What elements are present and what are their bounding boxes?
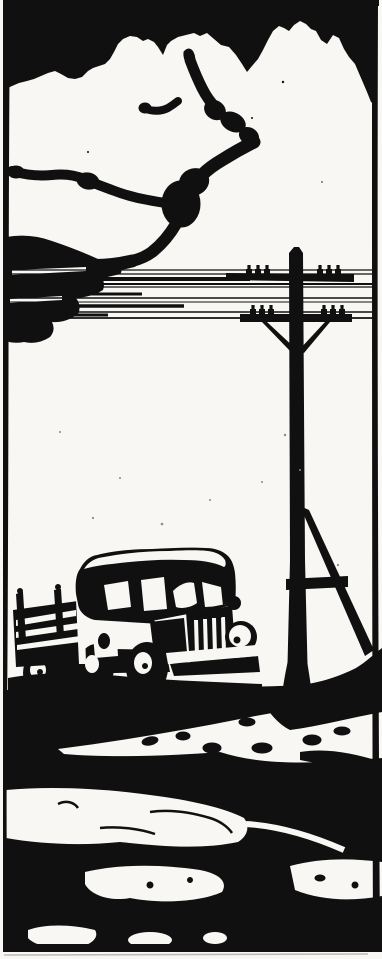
ink-illustration: A canvas-topped jeep truck drives along … <box>0 0 382 959</box>
speckle <box>119 477 121 479</box>
stake-knob <box>55 584 61 590</box>
illustration-canvas: A canvas-topped jeep truck drives along … <box>0 0 382 959</box>
mud-speck <box>315 875 325 881</box>
border-bottom <box>3 944 380 952</box>
speckle <box>284 434 286 436</box>
lower-crossarm <box>240 314 352 322</box>
wheel-hub-dot <box>142 663 148 669</box>
pole-base-flare <box>283 660 311 688</box>
speckle <box>261 481 263 483</box>
smoke-blob <box>139 103 151 113</box>
speckle <box>337 564 339 566</box>
bottom-smudge-line <box>4 954 368 955</box>
stone <box>252 743 272 753</box>
speckle <box>321 181 323 183</box>
stone <box>176 732 190 740</box>
stone <box>239 718 255 726</box>
headlight <box>229 625 251 647</box>
sky-speck <box>87 151 89 153</box>
speckle <box>161 523 164 526</box>
door-shadow-blob <box>98 633 110 649</box>
speckle <box>209 499 211 501</box>
border-top <box>3 0 379 6</box>
mirror-knob <box>227 596 241 610</box>
rear-window <box>104 581 131 610</box>
stone <box>303 735 321 745</box>
smoke-blob <box>8 166 24 178</box>
sky-speck <box>251 117 253 119</box>
side-window <box>141 577 167 611</box>
puddle-bit <box>203 932 227 944</box>
headlight-pupil <box>234 637 241 644</box>
stone <box>203 743 221 753</box>
stake-knob <box>17 588 23 594</box>
sky-speck <box>282 81 284 83</box>
mud-speck <box>147 882 153 888</box>
puddle-streak-mid <box>85 866 224 902</box>
wheel-hub-highlight <box>134 652 152 674</box>
mud-speck <box>352 882 358 888</box>
stone <box>334 727 350 735</box>
mud-speck <box>188 878 193 883</box>
speckle <box>59 431 61 433</box>
speckle <box>92 517 94 519</box>
speckle <box>299 469 301 471</box>
